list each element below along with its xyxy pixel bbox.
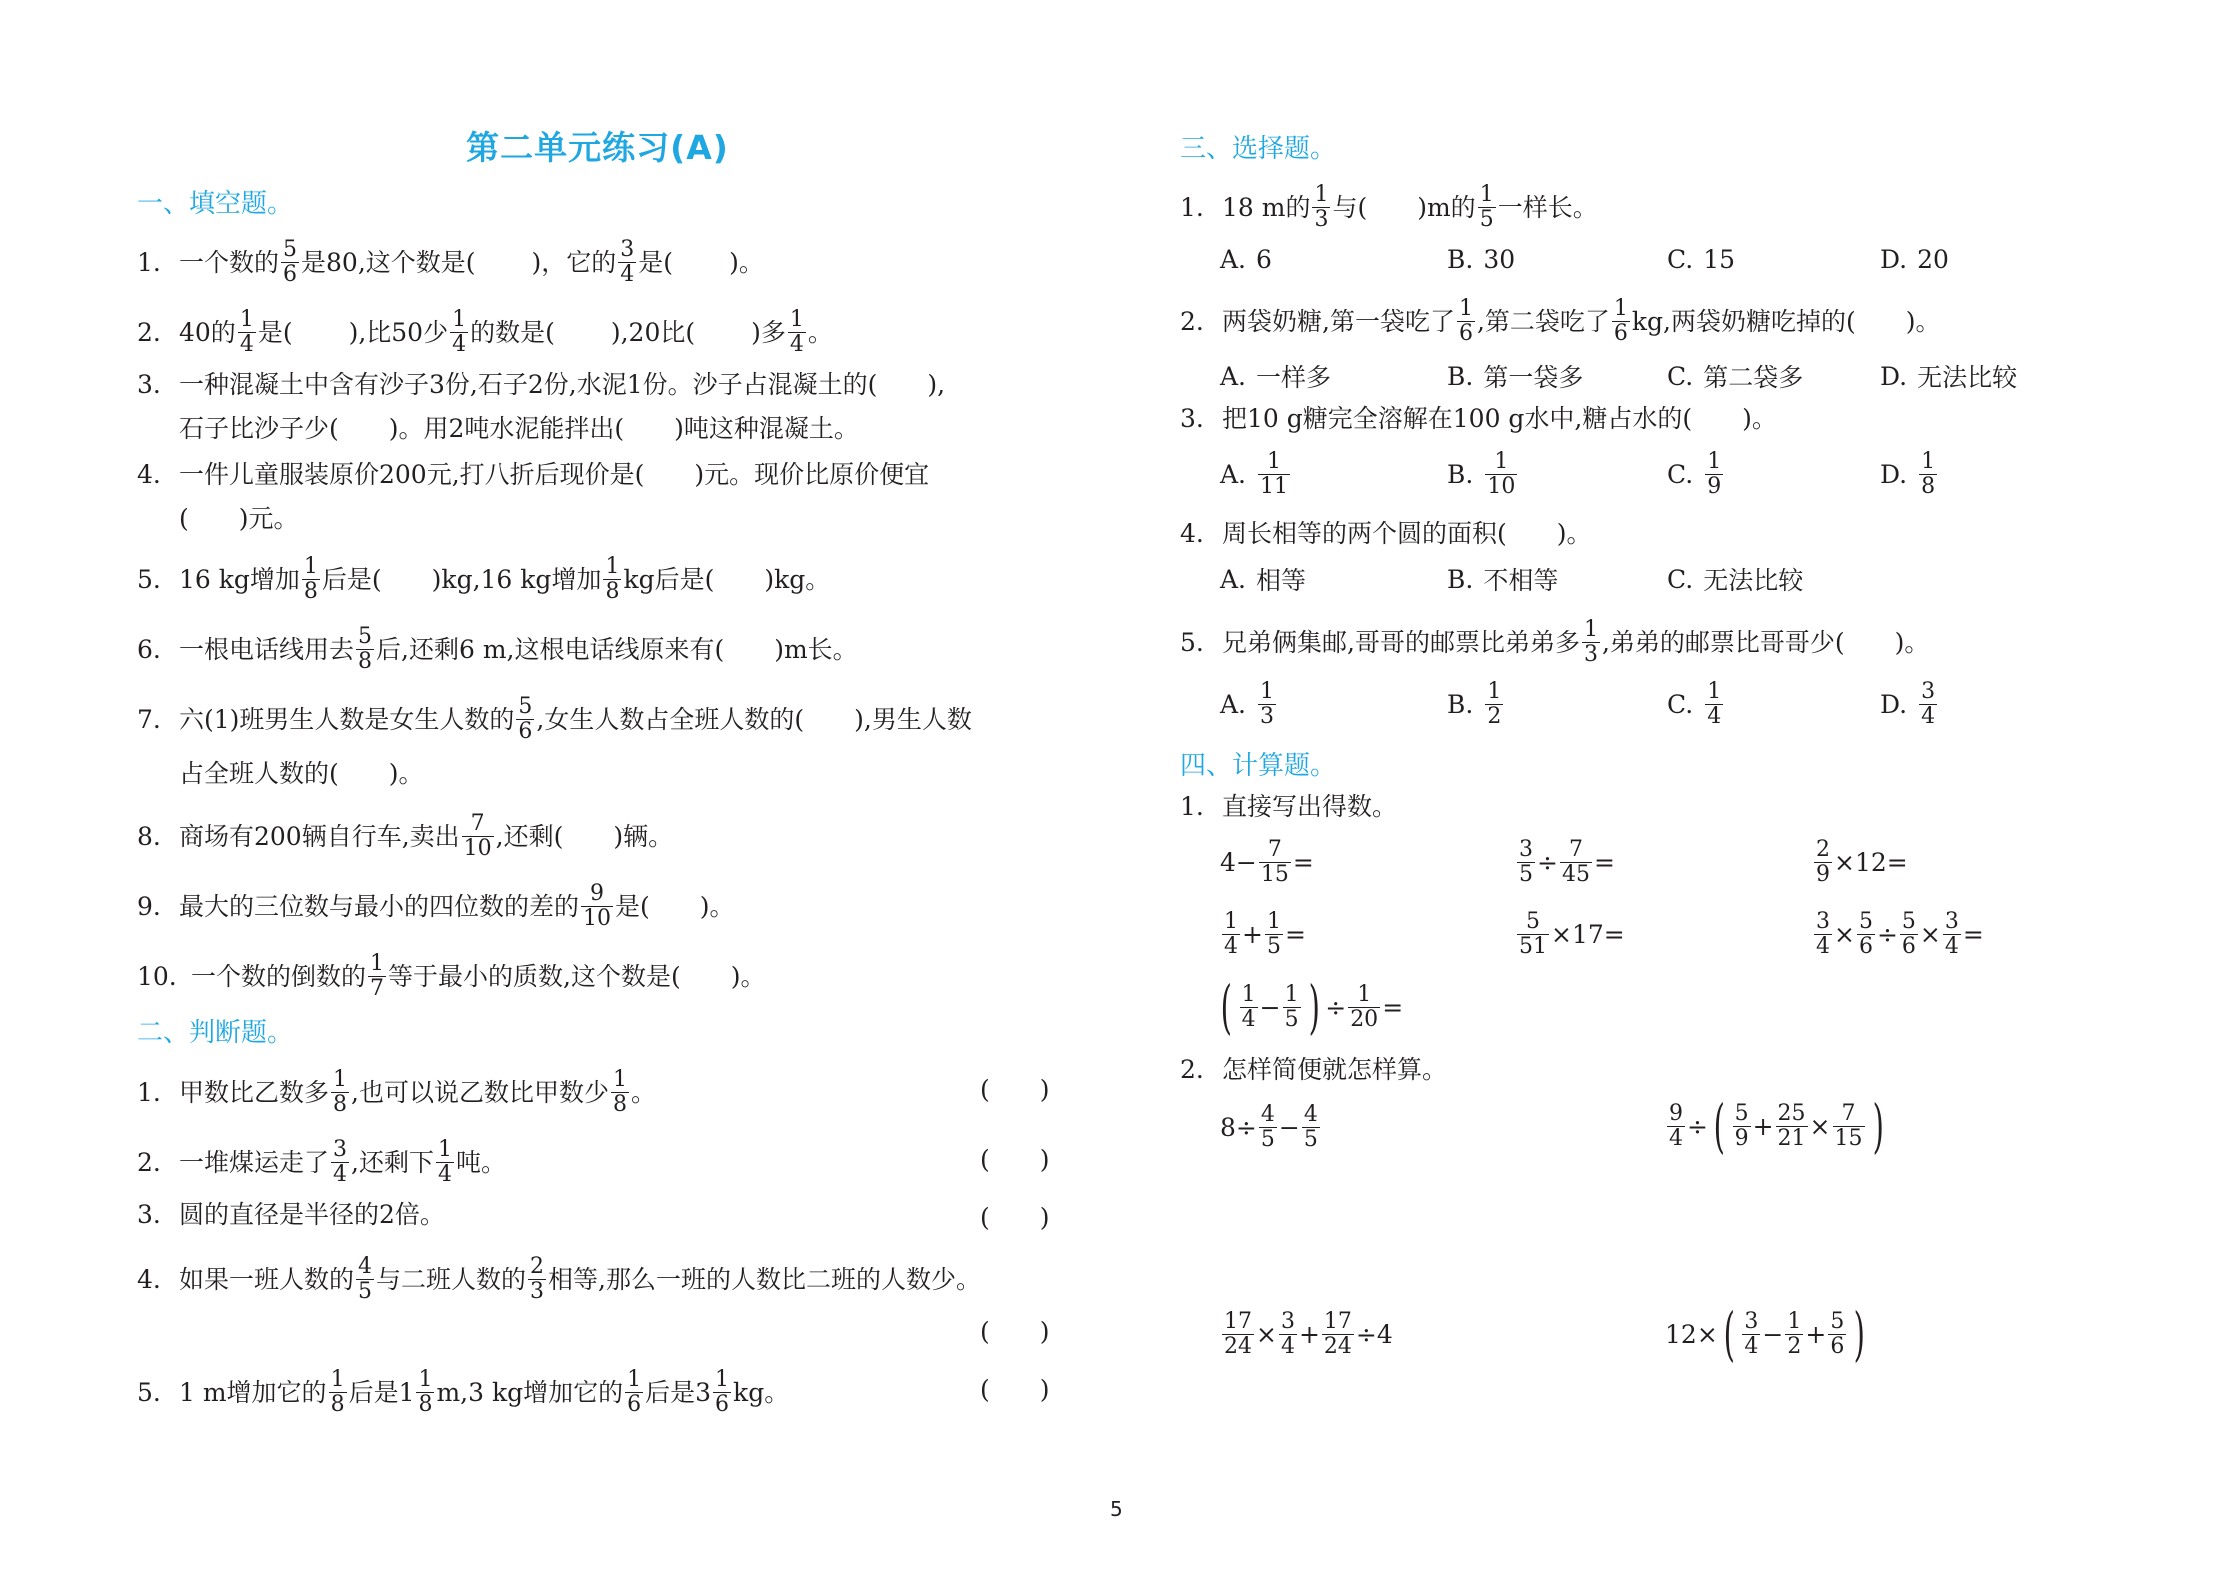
text: 18 m的	[1222, 191, 1310, 225]
fraction: 710	[462, 812, 494, 861]
fraction: 34	[331, 1138, 349, 1187]
choice-3-option-c[interactable]: C.19	[1667, 450, 1725, 499]
choice-1-option-b[interactable]: B.30	[1447, 245, 1515, 274]
calc-simplify-3: 1724× 34+ 1724÷4	[1220, 1310, 1393, 1359]
text: 一堆煤运走了	[179, 1146, 329, 1180]
section-heading-calc: 四、计算题。	[1180, 745, 1336, 782]
fraction: 14	[450, 308, 468, 357]
question-number: 2.	[137, 1146, 179, 1180]
text: ),比50少	[349, 316, 449, 350]
text: kg。	[733, 1376, 789, 1410]
text: 两袋奶糖,第一袋吃了	[1222, 305, 1455, 339]
fraction: 13	[1582, 618, 1600, 667]
text: 是(	[638, 246, 673, 280]
choice-question-1: 1. 18 m的 13 与( )m的 15 一样长。	[1180, 183, 1598, 232]
text: ,弟弟的邮票比哥哥少( )。	[1602, 626, 1929, 660]
choice-2-option-c[interactable]: C.第二袋多	[1667, 358, 1803, 394]
fill-question-4-line2: ( )元。	[179, 502, 299, 536]
text: 后是( )kg,16 kg增加	[322, 563, 602, 597]
text: 是(	[258, 316, 293, 350]
judge-answer-bracket-5[interactable]: ( )	[980, 1370, 1050, 1406]
calc-expression-4: 14+ 15=	[1220, 910, 1306, 959]
question-number: 4.	[137, 1263, 179, 1297]
judge-answer-bracket-3[interactable]: ( )	[980, 1198, 1050, 1234]
calc-expression-1: 4− 715=	[1220, 838, 1314, 887]
text: 石子比沙子少( )。用2吨水泥能拌出( )吨这种混凝土。	[179, 412, 859, 446]
text: 的数是(	[470, 316, 555, 350]
question-number: 6.	[137, 633, 179, 667]
question-number: 2.	[1180, 305, 1222, 339]
calc-simplify-1: 8÷ 45− 45	[1220, 1103, 1322, 1152]
calc-expression-5: 551×17=	[1515, 910, 1625, 959]
text: 后是1	[349, 1376, 415, 1410]
question-number: 1.	[1180, 790, 1222, 824]
fraction: 16	[1457, 297, 1475, 346]
text: 后,还剩6 m,这根电话线原来有( )m长。	[376, 633, 858, 667]
text: )多	[751, 316, 786, 350]
text: )。	[729, 246, 764, 280]
text: 占全班人数的( )。	[179, 757, 424, 791]
fill-question-5: 5. 16 kg增加 18 后是( )kg,16 kg增加 18 kg后是( )…	[137, 555, 830, 604]
question-number: 4.	[1180, 517, 1222, 551]
text: 。	[631, 1076, 656, 1110]
text: 等于最小的质数,这个数是( )。	[388, 960, 765, 994]
text: ,女生人数占全班人数的( ),男生人数	[536, 703, 971, 737]
fraction: 18	[329, 1368, 347, 1417]
question-number: 2.	[1180, 1053, 1222, 1087]
choice-1-option-a[interactable]: A.6	[1220, 245, 1272, 274]
text: 与二班人数的	[376, 1263, 526, 1297]
choice-question-5: 5. 兄弟俩集邮,哥哥的邮票比弟弟多 13 ,弟弟的邮票比哥哥少( )。	[1180, 618, 1929, 667]
choice-1-option-c[interactable]: C.15	[1667, 245, 1735, 274]
fill-question-2: 2. 40的 14 是( ),比50少 14 的数是( ),20比( )多 14…	[137, 308, 833, 357]
text: 六(1)班男生人数是女生人数的	[179, 703, 514, 737]
fraction: 45	[356, 1255, 374, 1304]
choice-4-option-a[interactable]: A.相等	[1220, 561, 1306, 597]
text: 相等,那么一班的人数比二班的人数少。	[548, 1263, 981, 1297]
text: 一根电话线用去	[179, 633, 354, 667]
question-number: 2.	[137, 316, 179, 350]
text: 周长相等的两个圆的面积( )。	[1222, 517, 1592, 551]
fraction: 58	[356, 625, 374, 674]
fraction: 18	[331, 1068, 349, 1117]
choice-5-option-b[interactable]: B.12	[1447, 680, 1505, 729]
question-number: 1.	[1180, 191, 1222, 225]
fraction: 23	[528, 1255, 546, 1304]
calc-expression-7: ( 14− 15 )÷ 120=	[1215, 978, 1403, 1036]
choice-3-option-a[interactable]: A.111	[1220, 450, 1292, 499]
text: 兄弟俩集邮,哥哥的邮票比弟弟多	[1222, 626, 1580, 660]
choice-3-option-b[interactable]: B.110	[1447, 450, 1519, 499]
fraction: 56	[281, 238, 299, 287]
judge-question-2: 2. 一堆煤运走了 34 ,还剩下 14 吨。	[137, 1138, 506, 1187]
text: 商场有200辆自行车,卖出	[179, 820, 460, 854]
section-heading-choice: 三、选择题。	[1180, 128, 1336, 165]
text: ,还剩下	[351, 1146, 434, 1180]
text: 与( )m的	[1332, 191, 1475, 225]
text: 后是3	[645, 1376, 711, 1410]
text: 一种混凝土中含有沙子3份,石子2份,水泥1份。沙子占混凝土的( ),	[179, 368, 945, 402]
text: 40的	[179, 316, 236, 350]
fill-question-8: 8. 商场有200辆自行车,卖出 710 ,还剩( )辆。	[137, 812, 673, 861]
text: 是( )。	[615, 890, 735, 924]
fill-question-4-line1: 4. 一件儿童服装原价200元,打八折后现价是( )元。现价比原价便宜	[137, 458, 929, 492]
fraction: 18	[611, 1068, 629, 1117]
text: 怎样简便就怎样算。	[1222, 1053, 1447, 1087]
question-number: 7.	[137, 703, 179, 737]
fraction: 16	[713, 1368, 731, 1417]
section-heading-fill: 一、填空题。	[137, 183, 293, 220]
text: 一样长。	[1498, 191, 1598, 225]
fraction: 17	[368, 952, 386, 1001]
fraction: 13	[1312, 183, 1330, 232]
judge-question-4: 4. 如果一班人数的 45 与二班人数的 23 相等,那么一班的人数比二班的人数…	[137, 1255, 981, 1304]
choice-question-2: 2. 两袋奶糖,第一袋吃了 16 ,第二袋吃了 16 kg,两袋奶糖吃掉的( )…	[1180, 297, 1941, 346]
text: 。	[808, 316, 833, 350]
question-number: 10.	[137, 960, 191, 994]
fill-question-3-line1: 3. 一种混凝土中含有沙子3份,石子2份,水泥1份。沙子占混凝土的( ),	[137, 368, 945, 402]
fill-question-3-line2: 石子比沙子少( )。用2吨水泥能拌出( )吨这种混凝土。	[179, 412, 859, 446]
question-number: 1.	[137, 246, 179, 280]
fill-question-7-line2: 占全班人数的( )。	[179, 757, 424, 791]
question-number: 3.	[137, 1198, 179, 1232]
fill-question-6: 6. 一根电话线用去 58 后,还剩6 m,这根电话线原来有( )m长。	[137, 625, 858, 674]
judge-answer-bracket-2[interactable]: ( )	[980, 1140, 1050, 1176]
question-number: 9.	[137, 890, 179, 924]
text: kg,两袋奶糖吃掉的( )。	[1632, 305, 1941, 339]
fraction: 14	[436, 1138, 454, 1187]
text: 圆的直径是半径的2倍。	[179, 1198, 445, 1232]
choice-2-option-a[interactable]: A.一样多	[1220, 358, 1331, 394]
text: 一个数的倒数的	[191, 960, 366, 994]
fraction: 910	[581, 882, 613, 931]
choice-2-option-d[interactable]: D.无法比较	[1880, 358, 2017, 394]
calc-expression-2: 35÷ 745=	[1515, 838, 1615, 887]
choice-3-option-d[interactable]: D.18	[1880, 450, 1939, 499]
fraction: 18	[603, 555, 621, 604]
calc-simplify-2: 94÷ ( 59+ 2521× 715 )	[1665, 1097, 1889, 1155]
calc-question-1: 1. 直接写出得数。	[1180, 790, 1397, 824]
text: 把10 g糖完全溶解在100 g水中,糖占水的( )。	[1222, 402, 1777, 436]
fraction: 16	[625, 1368, 643, 1417]
question-number: 3.	[137, 368, 179, 402]
text: kg后是( )kg。	[623, 563, 830, 597]
page-number: 5	[1110, 1497, 1123, 1521]
fraction: 56	[516, 695, 534, 744]
fraction: 14	[238, 308, 256, 357]
question-number: 8.	[137, 820, 179, 854]
fraction: 15	[1478, 183, 1496, 232]
choice-5-option-c[interactable]: C.14	[1667, 680, 1725, 729]
text: 吨。	[456, 1146, 506, 1180]
judge-question-3: 3. 圆的直径是半径的2倍。	[137, 1198, 445, 1232]
fraction: 18	[416, 1368, 434, 1417]
text: ),20比(	[611, 316, 695, 350]
question-number: 3.	[1180, 402, 1222, 436]
text: )，它的	[532, 246, 617, 280]
judge-answer-bracket-1[interactable]: ( )	[980, 1070, 1050, 1106]
fraction: 14	[788, 308, 806, 357]
choice-5-option-a[interactable]: A.13	[1220, 680, 1278, 729]
judge-answer-bracket-4[interactable]: ( )	[980, 1312, 1050, 1348]
calc-expression-3: 29×12=	[1812, 838, 1908, 887]
question-number: 5.	[137, 563, 179, 597]
text: 最大的三位数与最小的四位数的差的	[179, 890, 579, 924]
calc-question-2: 2. 怎样简便就怎样算。	[1180, 1053, 1447, 1087]
choice-4-option-c[interactable]: C.无法比较	[1667, 561, 1803, 597]
fill-question-1: 1. 一个数的 56 是80,这个数是( )，它的 34 是( )。	[137, 238, 764, 287]
fraction: 18	[302, 555, 320, 604]
fill-question-7-line1: 7. 六(1)班男生人数是女生人数的 56 ,女生人数占全班人数的( ),男生人…	[137, 695, 972, 744]
text: ,还剩( )辆。	[496, 820, 673, 854]
text: ,第二袋吃了	[1477, 305, 1610, 339]
choice-2-option-b[interactable]: B.第一袋多	[1447, 358, 1583, 394]
text: 甲数比乙数多	[179, 1076, 329, 1110]
text: 一个数的	[179, 246, 279, 280]
choice-5-option-d[interactable]: D.34	[1880, 680, 1939, 729]
fraction: 34	[618, 238, 636, 287]
text: 是80,这个数是(	[301, 246, 476, 280]
calc-expression-6: 34× 56÷ 56× 34=	[1812, 910, 1984, 959]
question-number: 4.	[137, 458, 179, 492]
text: ( )元。	[179, 502, 299, 536]
text: 一件儿童服装原价200元,打八折后现价是( )元。现价比原价便宜	[179, 458, 929, 492]
text: 1 m增加它的	[179, 1376, 327, 1410]
text: 16 kg增加	[179, 563, 300, 597]
choice-1-option-d[interactable]: D.20	[1880, 245, 1949, 274]
question-number: 5.	[1180, 626, 1222, 660]
text: m,3 kg增加它的	[436, 1376, 623, 1410]
question-number: 1.	[137, 1076, 179, 1110]
choice-4-option-b[interactable]: B.不相等	[1447, 561, 1558, 597]
section-heading-judge: 二、判断题。	[137, 1012, 293, 1049]
calc-simplify-4: 12× ( 34− 12+ 56 )	[1665, 1305, 1871, 1363]
judge-question-1: 1. 甲数比乙数多 18 ,也可以说乙数比甲数少 18 。	[137, 1068, 656, 1117]
text: ,也可以说乙数比甲数少	[351, 1076, 609, 1110]
question-number: 5.	[137, 1376, 179, 1410]
text: 如果一班人数的	[179, 1263, 354, 1297]
text: 直接写出得数。	[1222, 790, 1397, 824]
fill-question-10: 10. 一个数的倒数的 17 等于最小的质数,这个数是( )。	[137, 952, 765, 1001]
fraction: 16	[1612, 297, 1630, 346]
fill-question-9: 9. 最大的三位数与最小的四位数的差的 910 是( )。	[137, 882, 735, 931]
choice-question-4: 4. 周长相等的两个圆的面积( )。	[1180, 517, 1592, 551]
judge-question-5: 5. 1 m增加它的 18 后是1 18 m,3 kg增加它的 16 后是3 1…	[137, 1368, 789, 1417]
choice-question-3: 3. 把10 g糖完全溶解在100 g水中,糖占水的( )。	[1180, 402, 1777, 436]
page-title: 第二单元练习(A)	[0, 122, 1195, 169]
